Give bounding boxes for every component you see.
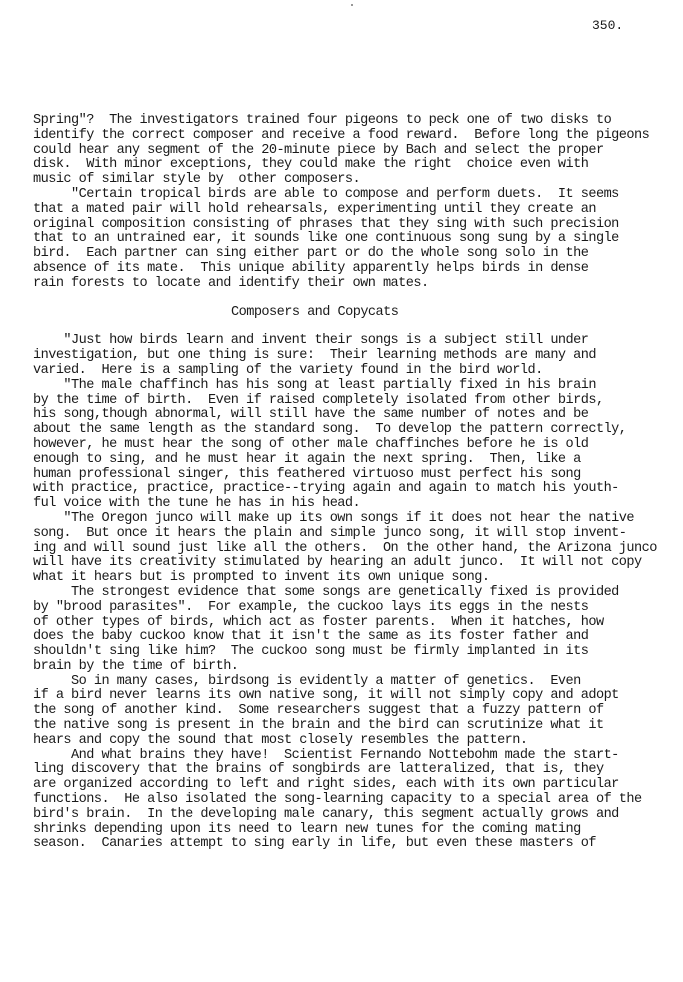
text-line: "Just how birds learn and invent their s…: [33, 334, 678, 349]
text-line: song. But once it hears the plain and si…: [33, 527, 678, 542]
text-line: shouldn't sing like him? The cuckoo song…: [33, 645, 678, 660]
text-line: with practice, practice, practice--tryin…: [33, 482, 678, 497]
text-line: hears and copy the sound that most close…: [33, 734, 678, 749]
text-line: The strongest evidence that some songs a…: [33, 586, 678, 601]
text-line: the song of another kind. Some researche…: [33, 704, 678, 719]
text-line: ing and will sound just like all the oth…: [33, 542, 678, 557]
text-line: music of similar style by other composer…: [33, 173, 678, 188]
text-line: if a bird never learns its own native so…: [33, 689, 678, 704]
text-line: absence of its mate. This unique ability…: [33, 262, 678, 277]
text-line: about the same length as the standard so…: [33, 423, 678, 438]
text-line: disk. With minor exceptions, they could …: [33, 158, 678, 173]
text-line: of other types of birds, which act as fo…: [33, 616, 678, 631]
text-line: And what brains they have! Scientist Fer…: [33, 749, 678, 764]
text-line: however, he must hear the song of other …: [33, 438, 678, 453]
text-line: that a mated pair will hold rehearsals, …: [33, 203, 678, 218]
text-line: original composition consisting of phras…: [33, 218, 678, 233]
text-line: by "brood parasites". For example, the c…: [33, 601, 678, 616]
text-line: "The Oregon junco will make up its own s…: [33, 512, 678, 527]
text-line: rain forests to locate and identify thei…: [33, 277, 678, 292]
text-line: Spring"? The investigators trained four …: [33, 114, 678, 129]
intro-paragraphs: Spring"? The investigators trained four …: [33, 114, 678, 292]
text-line: varied. Here is a sampling of the variet…: [33, 364, 678, 379]
paragraph: Spring"? The investigators trained four …: [33, 114, 678, 188]
text-line: that to an untrained ear, it sounds like…: [33, 232, 678, 247]
text-line: ling discovery that the brains of songbi…: [33, 763, 678, 778]
text-line: what it hears but is prompted to invent …: [33, 571, 678, 586]
paragraph: "Just how birds learn and invent their s…: [33, 334, 678, 852]
page-number: 350.: [592, 18, 623, 33]
scan-speck: [351, 4, 353, 6]
text-line: human professional singer, this feathere…: [33, 468, 678, 483]
text-line: the native song is present in the brain …: [33, 719, 678, 734]
paragraph: "Certain tropical birds are able to comp…: [33, 188, 678, 292]
text-line: bird's brain. In the developing male can…: [33, 808, 678, 823]
section-paragraphs: "Just how birds learn and invent their s…: [33, 334, 678, 852]
section-heading: Composers and Copycats: [33, 306, 678, 321]
text-line: will have its creativity stimulated by h…: [33, 556, 678, 571]
text-line: shrinks depending upon its need to learn…: [33, 823, 678, 838]
text-line: could hear any segment of the 20-minute …: [33, 144, 678, 159]
text-line: does the baby cuckoo know that it isn't …: [33, 630, 678, 645]
text-line: brain by the time of birth.: [33, 660, 678, 675]
text-line: So in many cases, birdsong is evidently …: [33, 675, 678, 690]
text-line: ful voice with the tune he has in his he…: [33, 497, 678, 512]
text-line: "Certain tropical birds are able to comp…: [33, 188, 678, 203]
text-line: identify the correct composer and receiv…: [33, 129, 678, 144]
text-line: bird. Each partner can sing either part …: [33, 247, 678, 262]
text-line: his song,though abnormal, will still hav…: [33, 408, 678, 423]
text-line: are organized according to left and righ…: [33, 778, 678, 793]
text-line: functions. He also isolated the song-lea…: [33, 793, 678, 808]
document-body: Spring"? The investigators trained four …: [33, 114, 678, 852]
text-line: enough to sing, and he must hear it agai…: [33, 453, 678, 468]
text-line: "The male chaffinch has his song at leas…: [33, 379, 678, 394]
text-line: by the time of birth. Even if raised com…: [33, 394, 678, 409]
text-line: investigation, but one thing is sure: Th…: [33, 349, 678, 364]
text-line: season. Canaries attempt to sing early i…: [33, 837, 678, 852]
